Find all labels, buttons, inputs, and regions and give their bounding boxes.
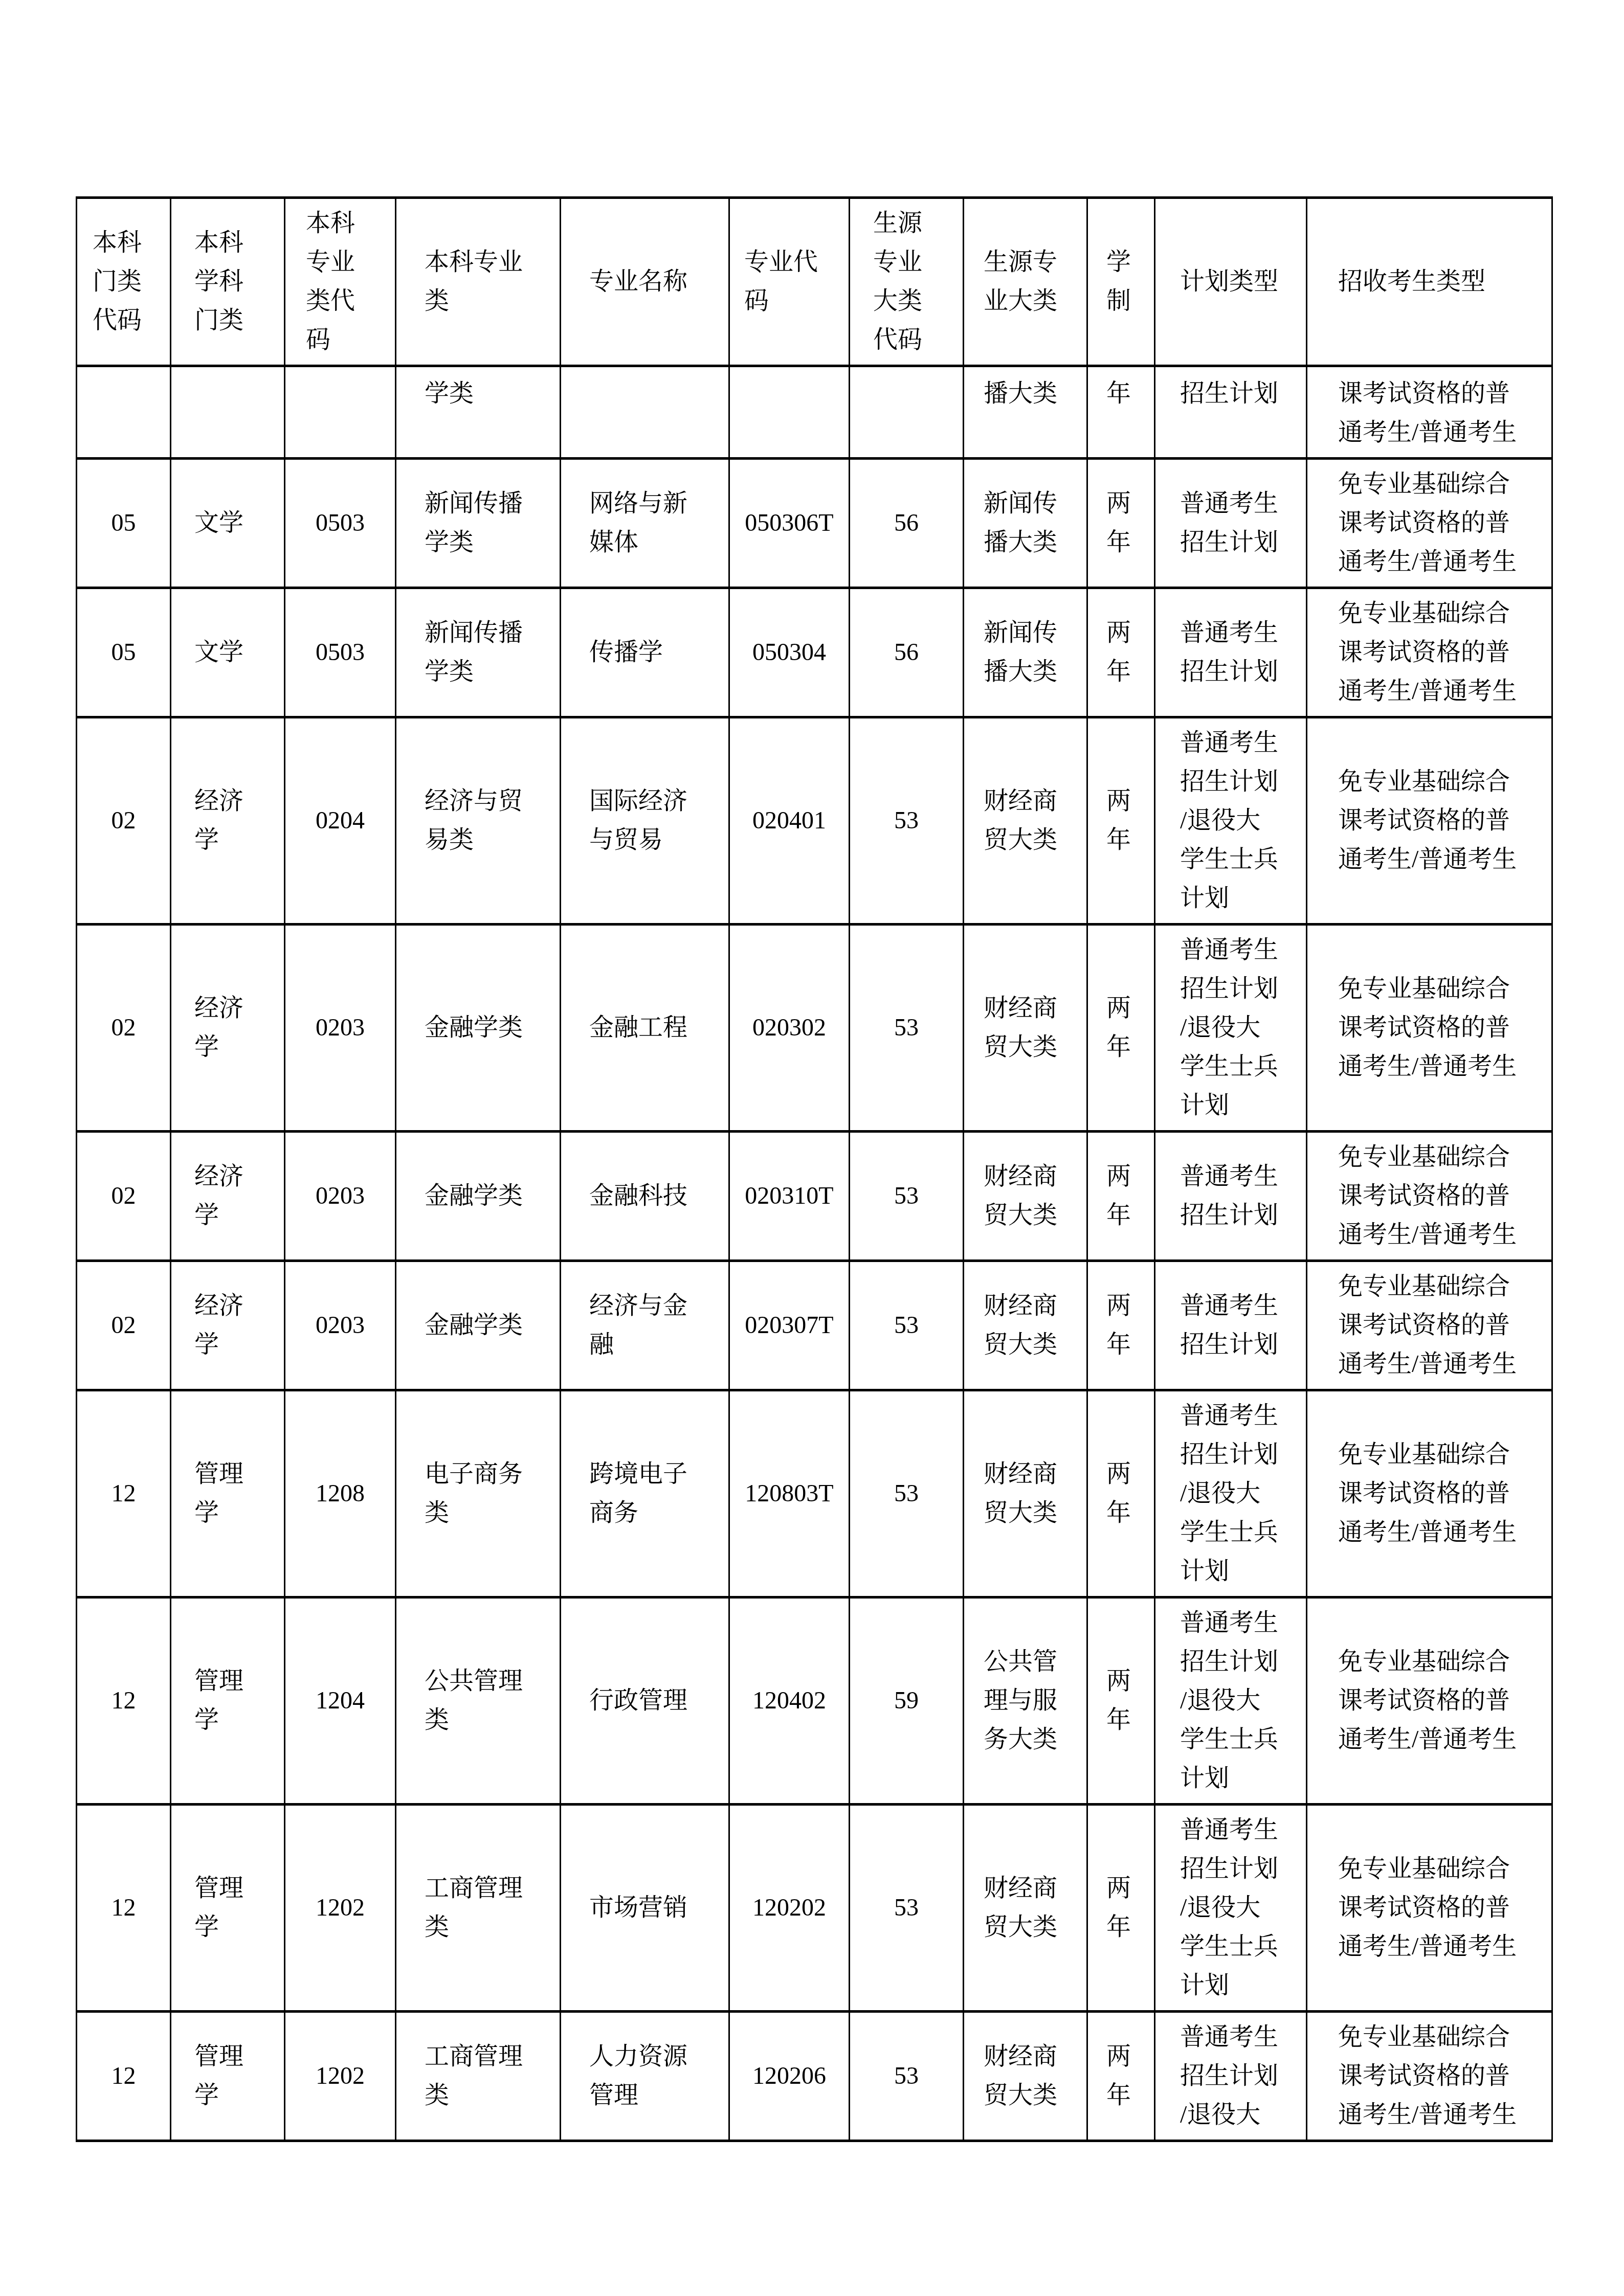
- table-cell: [285, 366, 396, 459]
- table-cell: 文学: [171, 459, 285, 588]
- table-cell: 12: [77, 1390, 171, 1597]
- table-cell: 02: [77, 1261, 171, 1390]
- table-cell: 两年: [1087, 2012, 1155, 2141]
- table-cell: [77, 366, 171, 459]
- table-cell: [850, 366, 964, 459]
- table-cell: 人力资源管理: [561, 2012, 729, 2141]
- table-cell: 金融学类: [396, 925, 561, 1132]
- table-cell: 两年: [1087, 459, 1155, 588]
- table-cell: 经济与金融: [561, 1261, 729, 1390]
- table-cell: 学类: [396, 366, 561, 459]
- table-cell: 免专业基础综合课考试资格的普通考生/普通考生: [1307, 1805, 1552, 2012]
- table-cell: 新闻传播学类: [396, 588, 561, 717]
- column-header-major-name: 专业名称: [561, 198, 729, 366]
- table-cell: 1204: [285, 1597, 396, 1805]
- column-header-undergrad-major-class: 本科专业类: [396, 198, 561, 366]
- table-cell: 两年: [1087, 717, 1155, 925]
- table-cell: 普通考生招生计划/退役大学生士兵计划: [1155, 1390, 1307, 1597]
- table-row: 02经济学0204经济与贸易类国际经济与贸易02040153财经商贸大类两年普通…: [77, 717, 1552, 925]
- table-cell: 国际经济与贸易: [561, 717, 729, 925]
- table-cell: 免专业基础综合课考试资格的普通考生/普通考生: [1307, 717, 1552, 925]
- table-cell: 120803T: [729, 1390, 850, 1597]
- table-cell: 53: [850, 717, 964, 925]
- table-cell: 财经商贸大类: [964, 717, 1087, 925]
- table-row: 05文学0503新闻传播学类传播学05030456新闻传播大类两年普通考生招生计…: [77, 588, 1552, 717]
- column-header-major-code: 专业代码: [729, 198, 850, 366]
- table-row: 05文学0503新闻传播学类网络与新媒体050306T56新闻传播大类两年普通考…: [77, 459, 1552, 588]
- table-cell: 两年: [1087, 1597, 1155, 1805]
- table-cell: 经济学: [171, 1261, 285, 1390]
- table-cell: 12: [77, 1805, 171, 2012]
- column-header-undergrad-category-code: 本科门类代码: [77, 198, 171, 366]
- table-cell: 新闻传播学类: [396, 459, 561, 588]
- table-cell: 普通考生招生计划/退役大学生士兵计划: [1155, 1597, 1307, 1805]
- table-cell: [561, 366, 729, 459]
- table-cell: [171, 366, 285, 459]
- table-cell: 020310T: [729, 1132, 850, 1261]
- table-cell: 05: [77, 588, 171, 717]
- table-cell: 经济学: [171, 1132, 285, 1261]
- column-header-source-major-group-code: 生源专业大类代码: [850, 198, 964, 366]
- table-cell: 管理学: [171, 1390, 285, 1597]
- table-cell: 经济与贸易类: [396, 717, 561, 925]
- table-cell: 免专业基础综合课考试资格的普通考生/普通考生: [1307, 2012, 1552, 2141]
- table-row: 12管理学1204公共管理类行政管理12040259公共管理与服务大类两年普通考…: [77, 1597, 1552, 1805]
- table-cell: 05: [77, 459, 171, 588]
- column-header-admitted-candidate-type: 招收考生类型: [1307, 198, 1552, 366]
- table-cell: 网络与新媒体: [561, 459, 729, 588]
- column-header-source-major-group: 生源专业大类: [964, 198, 1087, 366]
- table-cell: 两年: [1087, 588, 1155, 717]
- table-cell: 1208: [285, 1390, 396, 1597]
- table-body: 学类播大类年招生计划课考试资格的普通考生/普通考生05文学0503新闻传播学类网…: [77, 366, 1552, 2141]
- table-cell: 两年: [1087, 925, 1155, 1132]
- table-cell: 050306T: [729, 459, 850, 588]
- table-cell: 免专业基础综合课考试资格的普通考生/普通考生: [1307, 588, 1552, 717]
- table-cell: 0203: [285, 1261, 396, 1390]
- table-cell: 行政管理: [561, 1597, 729, 1805]
- table-cell: 金融学类: [396, 1132, 561, 1261]
- table-cell: 普通考生招生计划/退役大学生士兵计划: [1155, 717, 1307, 925]
- table-cell: 53: [850, 1390, 964, 1597]
- table-row: 12管理学1202工商管理类市场营销12020253财经商贸大类两年普通考生招生…: [77, 1805, 1552, 2012]
- table-row: 12管理学1208电子商务类跨境电子商务120803T53财经商贸大类两年普通考…: [77, 1390, 1552, 1597]
- table-row: 02经济学0203金融学类金融科技020310T53财经商贸大类两年普通考生招生…: [77, 1132, 1552, 1261]
- table-row: 02经济学0203金融学类经济与金融020307T53财经商贸大类两年普通考生招…: [77, 1261, 1552, 1390]
- table-cell: 1202: [285, 2012, 396, 2141]
- table-cell: 金融工程: [561, 925, 729, 1132]
- table-cell: 普通考生招生计划: [1155, 1132, 1307, 1261]
- table-cell: 工商管理类: [396, 1805, 561, 2012]
- table-cell: 020307T: [729, 1261, 850, 1390]
- table-row: 12管理学1202工商管理类人力资源管理12020653财经商贸大类两年普通考生…: [77, 2012, 1552, 2141]
- table-cell: 0503: [285, 588, 396, 717]
- table-header: 本科门类代码 本科学科门类 本科专业类代码 本科专业类 专业名称 专业代码 生源…: [77, 198, 1552, 366]
- table-cell: 免专业基础综合课考试资格的普通考生/普通考生: [1307, 925, 1552, 1132]
- table-cell: 53: [850, 1261, 964, 1390]
- table-cell: 文学: [171, 588, 285, 717]
- table-cell: 0503: [285, 459, 396, 588]
- table-cell: 12: [77, 2012, 171, 2141]
- table-cell: 电子商务类: [396, 1390, 561, 1597]
- table-cell: 新闻传播大类: [964, 459, 1087, 588]
- table-cell: 管理学: [171, 1597, 285, 1805]
- table-cell: 两年: [1087, 1805, 1155, 2012]
- table-cell: 0204: [285, 717, 396, 925]
- table-cell: 050304: [729, 588, 850, 717]
- table-cell: 普通考生招生计划: [1155, 1261, 1307, 1390]
- table-cell: 经济学: [171, 717, 285, 925]
- table-cell: 53: [850, 2012, 964, 2141]
- table-cell: 020302: [729, 925, 850, 1132]
- column-header-undergrad-major-class-code: 本科专业类代码: [285, 198, 396, 366]
- table-cell: 财经商贸大类: [964, 1132, 1087, 1261]
- column-header-plan-type: 计划类型: [1155, 198, 1307, 366]
- table-cell: 120202: [729, 1805, 850, 2012]
- table-cell: 普通考生招生计划/退役大学生士兵计划: [1155, 1805, 1307, 2012]
- table-cell: 普通考生招生计划/退役大: [1155, 2012, 1307, 2141]
- table-cell: 管理学: [171, 2012, 285, 2141]
- table-cell: 0203: [285, 925, 396, 1132]
- table-cell: 免专业基础综合课考试资格的普通考生/普通考生: [1307, 1597, 1552, 1805]
- table-cell: 经济学: [171, 925, 285, 1132]
- table-cell: [729, 366, 850, 459]
- table-cell: 1202: [285, 1805, 396, 2012]
- table-cell: 金融科技: [561, 1132, 729, 1261]
- table-cell: 公共管理类: [396, 1597, 561, 1805]
- column-header-undergrad-discipline: 本科学科门类: [171, 198, 285, 366]
- table-cell: 53: [850, 1132, 964, 1261]
- table-cell: 020401: [729, 717, 850, 925]
- table-cell: 免专业基础综合课考试资格的普通考生/普通考生: [1307, 1261, 1552, 1390]
- table-cell: 财经商贸大类: [964, 1805, 1087, 2012]
- table-cell: 02: [77, 717, 171, 925]
- table-cell: 年: [1087, 366, 1155, 459]
- table-cell: 财经商贸大类: [964, 925, 1087, 1132]
- table-cell: 新闻传播大类: [964, 588, 1087, 717]
- table-cell: 普通考生招生计划: [1155, 588, 1307, 717]
- table-cell: 管理学: [171, 1805, 285, 2012]
- table-row: 学类播大类年招生计划课考试资格的普通考生/普通考生: [77, 366, 1552, 459]
- table-cell: 跨境电子商务: [561, 1390, 729, 1597]
- table-cell: 财经商贸大类: [964, 1261, 1087, 1390]
- table-cell: 56: [850, 588, 964, 717]
- table-cell: 普通考生招生计划/退役大学生士兵计划: [1155, 925, 1307, 1132]
- table-cell: 120402: [729, 1597, 850, 1805]
- table-cell: 两年: [1087, 1132, 1155, 1261]
- table-cell: 免专业基础综合课考试资格的普通考生/普通考生: [1307, 1390, 1552, 1597]
- table-cell: 两年: [1087, 1390, 1155, 1597]
- table-cell: 53: [850, 1805, 964, 2012]
- table-cell: 财经商贸大类: [964, 2012, 1087, 2141]
- table-cell: 56: [850, 459, 964, 588]
- table-cell: 12: [77, 1597, 171, 1805]
- table-row: 02经济学0203金融学类金融工程02030253财经商贸大类两年普通考生招生计…: [77, 925, 1552, 1132]
- table-cell: 免专业基础综合课考试资格的普通考生/普通考生: [1307, 459, 1552, 588]
- admissions-plan-table: 本科门类代码 本科学科门类 本科专业类代码 本科专业类 专业名称 专业代码 生源…: [76, 196, 1553, 2142]
- table-cell: 0203: [285, 1132, 396, 1261]
- table-cell: 工商管理类: [396, 2012, 561, 2141]
- table-cell: 53: [850, 925, 964, 1132]
- table-cell: 课考试资格的普通考生/普通考生: [1307, 366, 1552, 459]
- table-cell: 播大类: [964, 366, 1087, 459]
- header-row: 本科门类代码 本科学科门类 本科专业类代码 本科专业类 专业名称 专业代码 生源…: [77, 198, 1552, 366]
- table-cell: 两年: [1087, 1261, 1155, 1390]
- table-cell: 免专业基础综合课考试资格的普通考生/普通考生: [1307, 1132, 1552, 1261]
- table-cell: 02: [77, 1132, 171, 1261]
- table-cell: 金融学类: [396, 1261, 561, 1390]
- table-cell: 120206: [729, 2012, 850, 2141]
- table-cell: 传播学: [561, 588, 729, 717]
- table-cell: 59: [850, 1597, 964, 1805]
- document-page: 本科门类代码 本科学科门类 本科专业类代码 本科专业类 专业名称 专业代码 生源…: [0, 0, 1624, 2296]
- column-header-study-duration: 学制: [1087, 198, 1155, 366]
- table-cell: 普通考生招生计划: [1155, 459, 1307, 588]
- table-cell: 02: [77, 925, 171, 1132]
- table-cell: 公共管理与服务大类: [964, 1597, 1087, 1805]
- table-cell: 招生计划: [1155, 366, 1307, 459]
- table-cell: 市场营销: [561, 1805, 729, 2012]
- table-cell: 财经商贸大类: [964, 1390, 1087, 1597]
